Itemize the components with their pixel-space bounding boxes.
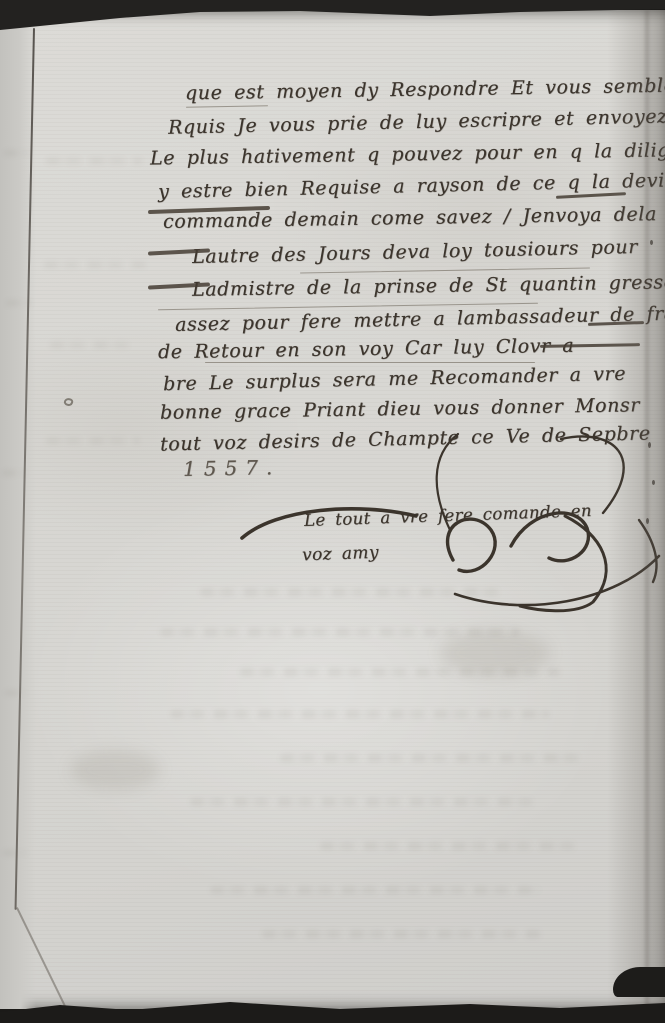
ghost-writing (4, 150, 28, 156)
paper-smudge (70, 750, 160, 790)
ghost-writing (262, 930, 542, 938)
gutter-crease (645, 10, 649, 1009)
ink-speck (63, 397, 74, 408)
ghost-writing (5, 690, 27, 696)
manuscript-line: Lautre des Jours deva loy tousiours pour (192, 236, 638, 268)
ghost-writing (2, 470, 26, 476)
manuscript-line: bre Le surplus sera me Recomander a vre (163, 363, 626, 396)
ghost-writing (44, 262, 148, 268)
ink-stroke (205, 362, 535, 363)
page-top-edge (0, 0, 665, 32)
date-line: 1557. (183, 455, 281, 481)
ghost-writing (50, 342, 132, 348)
paper-page: que est moyen dy Respondre Et vous sembl… (0, 10, 665, 1009)
manuscript-line: bonne grace Priant dieu vous donner Mons… (160, 394, 640, 424)
manuscript-line: Le plus hativement q pouvez pour en q la… (150, 139, 665, 170)
binding-gutter (607, 10, 665, 1009)
manuscript-line: Rquis Je vous prie de luy escripre et en… (168, 103, 665, 139)
ghost-writing (46, 158, 142, 164)
manuscript-line: de Retour en son voy Car luy Clovr a (158, 335, 575, 364)
ghost-writing (210, 886, 540, 894)
ghost-writing (6, 300, 32, 306)
manuscript-scan: que est moyen dy Respondre Et vous sembl… (0, 0, 665, 1023)
ink-stroke (186, 105, 268, 107)
ghost-writing (170, 710, 550, 718)
closing-line: voz amy (302, 543, 380, 566)
ghost-writing (190, 798, 540, 806)
manuscript-line: Ladmistre de la prinse de St quantin gre… (192, 271, 665, 301)
paper-smudge (440, 630, 550, 676)
page-bottom-edge (0, 993, 665, 1023)
ghost-writing (3, 850, 27, 856)
manuscript-line: que est moyen dy Respondre Et vous sembl… (185, 74, 665, 105)
ghost-writing (320, 842, 580, 850)
ghost-writing (46, 438, 140, 444)
ghost-writing (280, 754, 580, 762)
manuscript-line: y estre bien Requise a rayson de ce q la… (158, 169, 665, 203)
